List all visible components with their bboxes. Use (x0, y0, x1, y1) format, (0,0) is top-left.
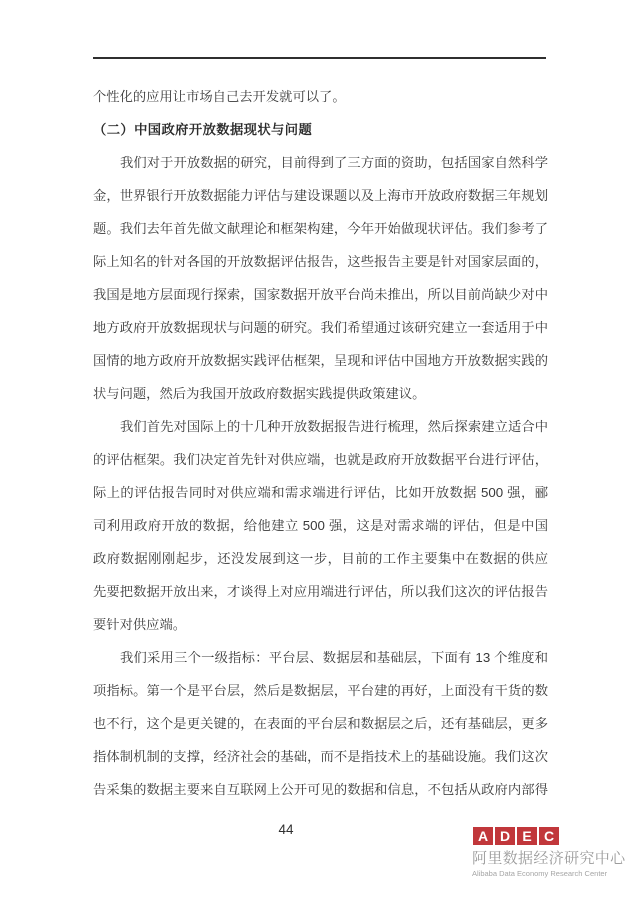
text-line: 金，世界银行开放数据能力评估与建设课题以及上海市开放政府数据三年规划课 (93, 179, 548, 212)
text-line: 个性化的应用让市场自己去开发就可以了。 (93, 80, 548, 113)
header-rule (93, 57, 546, 59)
document-body: 个性化的应用让市场自己去开发就可以了。 （二）中国政府开放数据现状与问题 我们对… (93, 80, 548, 806)
text-line: 也不行，这个是更关键的，在表面的平台层和数据层之后，还有基础层，更多是 (93, 707, 548, 740)
document-page: 个性化的应用让市场自己去开发就可以了。 （二）中国政府开放数据现状与问题 我们对… (0, 0, 640, 905)
text-line: 我们采用三个一级指标：平台层、数据层和基础层，下面有 13 个维度和 53 (93, 641, 548, 674)
text-line: 我们对于开放数据的研究，目前得到了三方面的资助，包括国家自然科学基 (93, 146, 548, 179)
logo-letter-block: A (473, 827, 493, 845)
logo-name-en: Alibaba Data Economy Research Center (472, 869, 632, 878)
text-line: 先要把数据开放出来，才谈得上对应用端进行评估，所以我们这次的评估报告主 (93, 575, 548, 608)
text-line: 我国是地方层面现行探索，国家数据开放平台尚未推出，所以目前尚缺少对中国 (93, 278, 548, 311)
text-line: 政府数据刚刚起步，还没发展到这一步，目前的工作主要集中在数据的供应端， (93, 542, 548, 575)
text-line: 指体制机制的支撑，经济社会的基础，而不是指技术上的基础设施。我们这次报 (93, 740, 548, 773)
page-number: 44 (256, 822, 316, 837)
adec-logo-blocks: A D E C (473, 827, 632, 845)
text-line: 地方政府开放数据现状与问题的研究。我们希望通过该研究建立一套适用于中国 (93, 311, 548, 344)
text-line: 状与问题，然后为我国开放政府数据实践提供政策建议。 (93, 377, 548, 410)
logo-letter-block: D (495, 827, 515, 845)
text-line: 国情的地方政府开放数据实践评估框架，呈现和评估中国地方开放数据实践的现 (93, 344, 548, 377)
text-line: 司利用政府开放的数据，给他建立 500 强，这是对需求端的评估，但是中国开放 (93, 509, 548, 542)
text-line: 际上知名的针对各国的开放数据评估报告，这些报告主要是针对国家层面的，而 (93, 245, 548, 278)
logo-letter-block: C (539, 827, 559, 845)
text-line: 际上的评估报告同时对供应端和需求端进行评估，比如开放数据 500 强，郦些公 (93, 476, 548, 509)
text-line: 题。我们去年首先做文献理论和框架构建，今年开始做现状评估。我们参考了国 (93, 212, 548, 245)
text-line: 我们首先对国际上的十几种开放数据报告进行梳理，然后探索建立适合中国 (93, 410, 548, 443)
adec-logo: A D E C 阿里数据经济研究中心 Alibaba Data Economy … (472, 827, 632, 878)
text-line: 的评估框架。我们决定首先针对供应端，也就是政府开放数据平台进行评估，国 (93, 443, 548, 476)
logo-letter-block: E (517, 827, 537, 845)
text-line: 告采集的数据主要来自互联网上公开可见的数据和信息，不包括从政府内部得到 (93, 773, 548, 806)
section-heading: （二）中国政府开放数据现状与问题 (93, 113, 548, 146)
logo-name-zh: 阿里数据经济研究中心 (472, 847, 632, 868)
text-line: 项指标。第一个是平台层，然后是数据层，平台建的再好，上面没有干货的数据 (93, 674, 548, 707)
text-line: 要针对供应端。 (93, 608, 548, 641)
